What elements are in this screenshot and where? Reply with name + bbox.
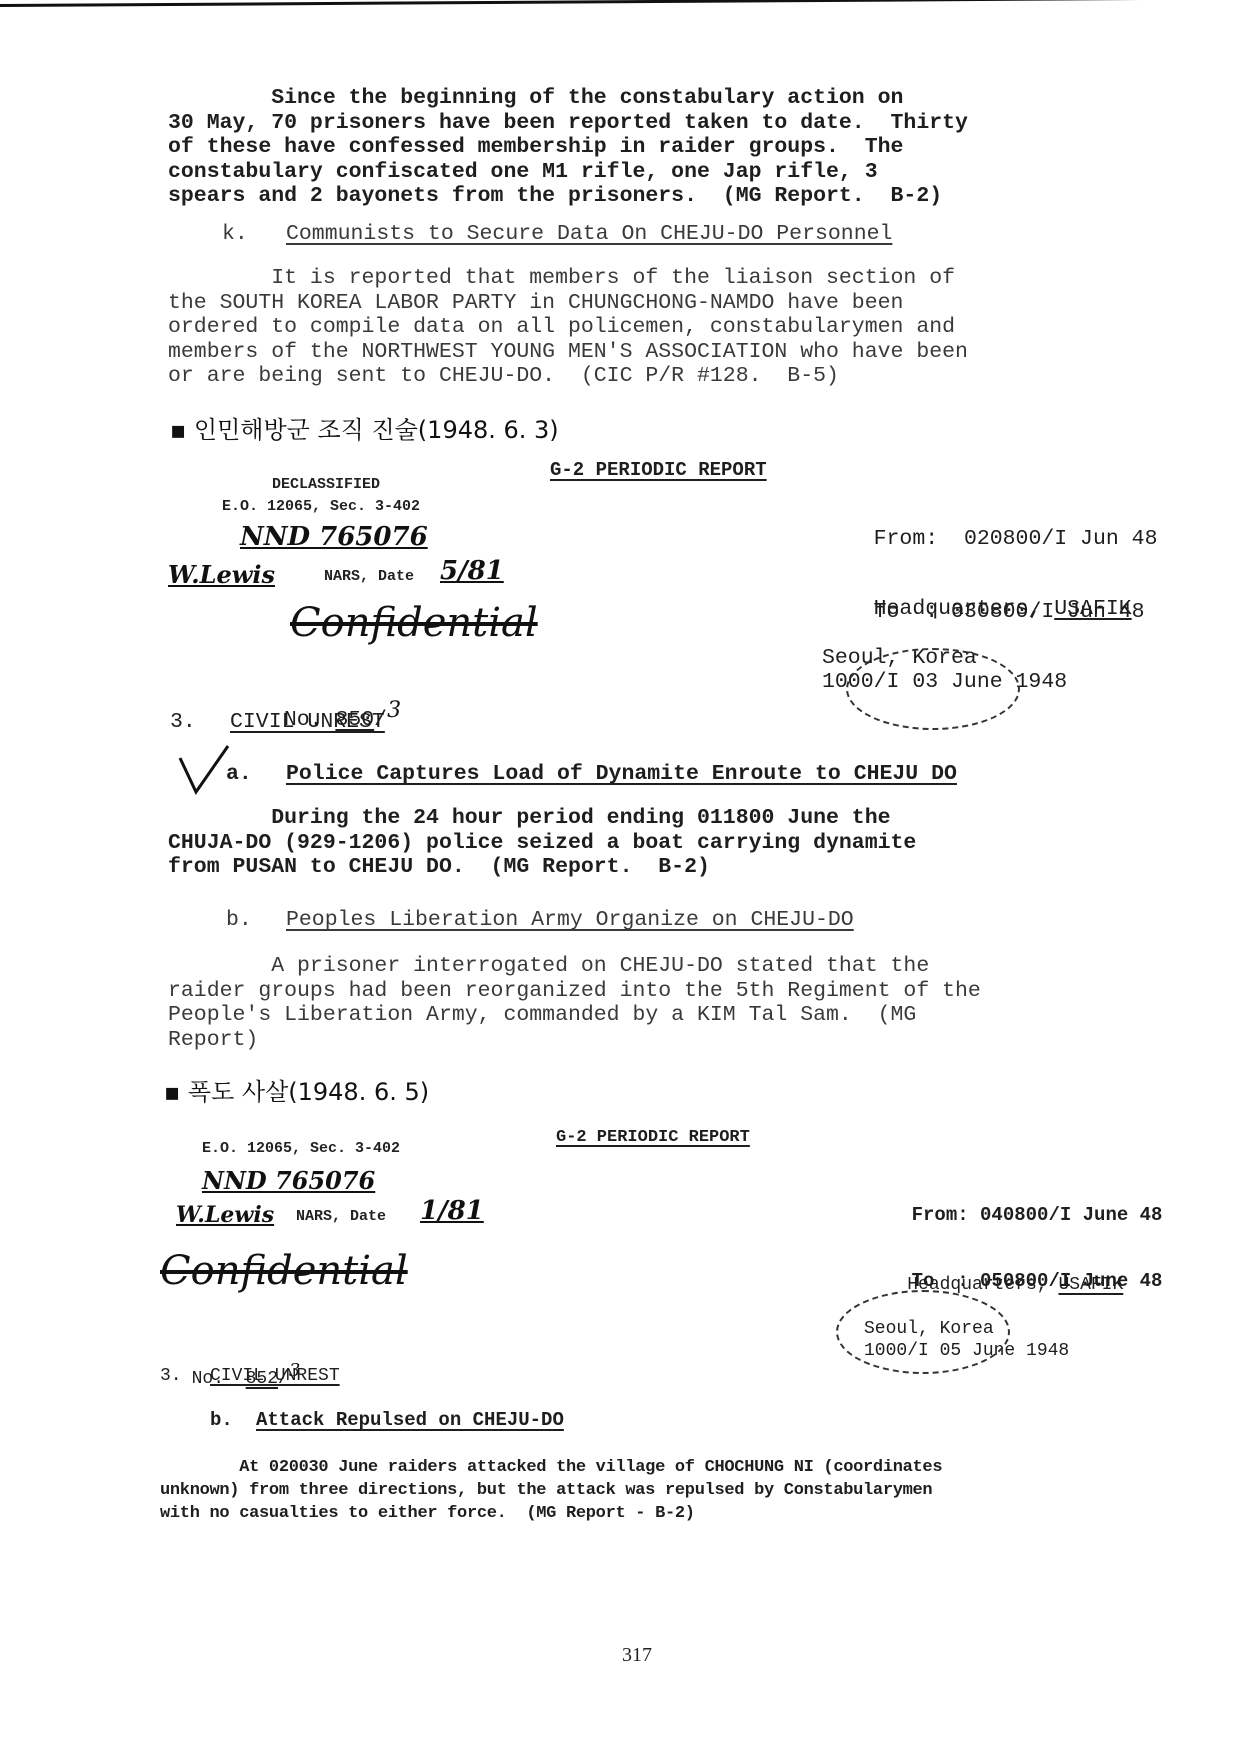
text-line: At 020030 June raiders attacked the vill… [160, 1456, 942, 1479]
section-k-heading: Communists to Secure Data On CHEJU-DO Pe… [286, 222, 892, 247]
from-value: 020800/I Jun 48 [964, 527, 1158, 551]
text-line: Since the beginning of the constabulary … [168, 86, 968, 111]
item-b-body: A prisoner interrogated on CHEJU-DO stat… [168, 954, 981, 1052]
report-title: G-2 PERIODIC REPORT [556, 1126, 750, 1151]
item-b-marker: b. [226, 908, 252, 933]
confidential-handwritten: Confidential [160, 1248, 408, 1294]
hq-unit: USAFIK [1054, 597, 1131, 621]
section-number: 3. [170, 710, 196, 735]
nnd-line: NND 765076 [240, 522, 428, 552]
item-b-body: At 020030 June raiders attacked the vill… [160, 1456, 942, 1525]
section-k-body: It is reported that members of the liais… [168, 266, 968, 389]
declassified-date: 5/81 [440, 556, 504, 586]
text-line: 30 May, 70 prisoners have been reported … [168, 111, 968, 136]
hq-label: Headquarters, [874, 597, 1042, 621]
item-b-heading: Attack Repulsed on CHEJU-DO [256, 1408, 564, 1433]
item-a-body: During the 24 hour period ending 011800 … [168, 806, 916, 880]
text-line: Report) [168, 1028, 981, 1053]
text-line: It is reported that members of the liais… [168, 266, 968, 291]
official-seal-stamp [836, 1290, 1010, 1374]
text-line: the SOUTH KOREA LABOR PARTY in CHUNGCHON… [168, 291, 968, 316]
text-line: of these have confessed membership in ra… [168, 135, 968, 160]
from-label: From: [912, 1204, 969, 1226]
item-b-heading: Peoples Liberation Army Organize on CHEJ… [286, 908, 854, 933]
text-line: with no casualties to either force. (MG … [160, 1502, 942, 1525]
report-title: G-2 PERIODIC REPORT [550, 458, 767, 483]
official-seal-stamp [846, 648, 1020, 730]
number-suffix: 3 [387, 698, 401, 723]
section-number: 3. [160, 1364, 182, 1389]
text-line: A prisoner interrogated on CHEJU-DO stat… [168, 954, 981, 979]
section-title: CIVIL UNREST [210, 1364, 340, 1389]
from-label: From: [874, 527, 939, 551]
text-line: unknown) from three directions, but the … [160, 1479, 942, 1502]
scan-top-rule [0, 0, 1140, 7]
intro-paragraph: Since the beginning of the constabulary … [168, 86, 968, 209]
nnd-line: NND 765076 [202, 1166, 375, 1195]
confidential-handwritten: Confidential [290, 600, 538, 646]
declassified-label: DECLASSIFIED [272, 476, 380, 493]
from-value: 040800/I June 48 [980, 1204, 1162, 1226]
text-line: People's Liberation Army, commanded by a… [168, 1003, 981, 1028]
text-line: from PUSAN to CHEJU DO. (MG Report. B-2) [168, 855, 916, 880]
korean-caption: ▪ 폭도 사살(1948. 6. 5) [164, 1072, 429, 1107]
item-b-marker: b. [210, 1408, 233, 1433]
eo-line: E.O. 12065, Sec. 3-402 [202, 1140, 400, 1157]
text-line: During the 24 hour period ending 011800 … [168, 806, 916, 831]
item-a-marker: a. [226, 762, 252, 787]
declassifier-signature: W.Lewis [176, 1202, 274, 1228]
declassifier-signature: W.Lewis [168, 560, 275, 589]
page-number: 317 [622, 1644, 652, 1667]
korean-caption: ▪ 인민해방군 조직 진술(1948. 6. 3) [170, 410, 559, 445]
nars-date-label: NARS, Date [324, 568, 414, 585]
text-line: constabulary confiscated one M1 rifle, o… [168, 160, 968, 185]
section-k-marker: k. [222, 222, 248, 247]
text-line: spears and 2 bayonets from the prisoners… [168, 184, 968, 209]
nars-date-label: NARS, Date [296, 1208, 386, 1225]
text-line: ordered to compile data on all policemen… [168, 315, 968, 340]
hq-unit: USAFIK [1058, 1275, 1123, 1295]
text-line: raider groups had been reorganized into … [168, 979, 981, 1004]
declassified-date: 1/81 [420, 1196, 484, 1226]
eo-line: E.O. 12065, Sec. 3-402 [222, 498, 420, 515]
item-a-heading: Police Captures Load of Dynamite Enroute… [286, 762, 957, 787]
text-line: members of the NORTHWEST YOUNG MEN'S ASS… [168, 340, 968, 365]
section-title: CIVIL UNREST [230, 710, 385, 735]
text-line: CHUJA-DO (929-1206) police seized a boat… [168, 831, 916, 856]
text-line: or are being sent to CHEJU-DO. (CIC P/R … [168, 364, 968, 389]
